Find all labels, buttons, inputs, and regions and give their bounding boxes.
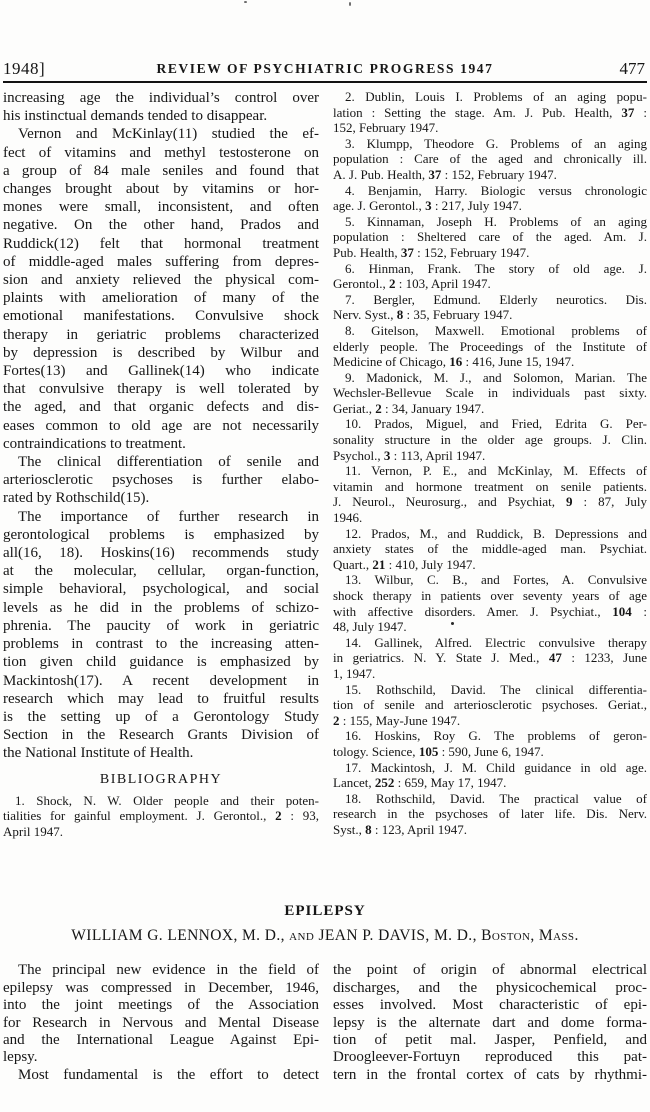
text-line: mones were small, inconsistent, and ofte… xyxy=(3,198,319,216)
text-line: Fortes(13) and Gallinek(14) who indicate xyxy=(3,362,319,380)
text-line: 10. Prados, Miguel, and Fried, Edrita G.… xyxy=(333,416,647,432)
text-line: simple behavioral, psychological, and so… xyxy=(3,580,319,598)
text-line: a group of 84 male seniles and found tha… xyxy=(3,162,319,180)
scan-artifact-dot xyxy=(244,1,247,3)
reference-entry: 3. Klumpp, Theodore G. Problems of an ag… xyxy=(333,136,647,183)
text-line: lepsy. xyxy=(3,1049,319,1066)
text-line: negative. On the other hand, Prados and xyxy=(3,216,319,234)
text-line: Ruddick(12) felt that hormonal treatment xyxy=(3,235,319,253)
epilepsy-left-column: The principal new evidence in the field … xyxy=(3,962,319,1084)
text-line: eases common to old age are not necessar… xyxy=(3,417,319,435)
text-line: Vernon and McKinlay(11) studied the ef- xyxy=(3,125,319,143)
paragraph: increasing age the individual’s control … xyxy=(3,89,319,125)
main-article-body: increasing age the individual’s control … xyxy=(3,89,647,839)
text-line: 2. Dublin, Louis I. Problems of an aging… xyxy=(333,89,647,105)
reference-entry: 8. Gitelson, Maxwell. Emotional problems… xyxy=(333,323,647,370)
text-line: 17. Mackintosh, J. M. Child guidance in … xyxy=(333,760,647,776)
journal-page: 1948] REVIEW OF PSYCHIATRIC PROGRESS 194… xyxy=(0,0,650,1112)
text-line: esses involved. Most characteristic of e… xyxy=(333,997,647,1014)
text-line: Gerontol., 2 : 103, April 1947. xyxy=(333,276,647,292)
text-line: levels as he did in the problems of schi… xyxy=(3,599,319,617)
paragraph: The clinical differentiation of senile a… xyxy=(3,453,319,508)
left-column-text: increasing age the individual’s control … xyxy=(3,89,319,763)
running-head: 1948] REVIEW OF PSYCHIATRIC PROGRESS 194… xyxy=(3,57,647,81)
text-line: 16. Hoskins, Roy G. The problems of gero… xyxy=(333,728,647,744)
section-title: EPILEPSY xyxy=(3,903,647,920)
scan-artifact-dot xyxy=(451,622,454,625)
text-line: all(16, 18). Hoskins(16) recommends stud… xyxy=(3,544,319,562)
reference-entry: 5. Kinnaman, Joseph H. Problems of an ag… xyxy=(333,214,647,261)
text-line: elderly people. The Proceedings of the I… xyxy=(333,339,647,355)
text-line: The importance of further research in xyxy=(3,508,319,526)
text-line: Droogleever-Fortuyn reproduced this pat- xyxy=(333,1049,647,1066)
text-line: shock therapy in patients over seventy y… xyxy=(333,588,647,604)
text-line: tology. Science, 105 : 590, June 6, 1947… xyxy=(333,744,647,760)
text-line: 14. Gallinek, Alfred. Electric convulsiv… xyxy=(333,635,647,651)
text-line: plaints with amelioration of many of the xyxy=(3,289,319,307)
text-line: Medicine of Chicago, 16 : 416, June 15, … xyxy=(333,354,647,370)
text-line: tion of senile and arteriosclerotic psyc… xyxy=(333,697,647,713)
text-line: Geriat., 2 : 34, January 1947. xyxy=(333,401,647,417)
text-line: his instinctual demands tended to disapp… xyxy=(3,107,319,125)
text-line: population : Sheltered care of the aged.… xyxy=(333,229,647,245)
text-line: Wechsler-Bellevue Scale in individuals p… xyxy=(333,385,647,401)
scan-artifact-dot xyxy=(349,2,351,6)
text-line: 2 : 155, May-June 1947. xyxy=(333,713,647,729)
text-line: A. J. Pub. Health, 37 : 152, February 19… xyxy=(333,167,647,183)
text-line: contraindications to treatment. xyxy=(3,435,319,453)
text-line: the aged, and that organic defects and d… xyxy=(3,398,319,416)
text-line: 6. Hinman, Frank. The story of old age. … xyxy=(333,261,647,277)
reference-entry: 2. Dublin, Louis I. Problems of an aging… xyxy=(333,89,647,136)
text-line: epilepsy was compressed in December, 194… xyxy=(3,980,319,997)
text-line: arteriosclerotic psychoses is further el… xyxy=(3,471,319,489)
text-line: gerontological problems is emphasized by xyxy=(3,526,319,544)
paragraph: The principal new evidence in the field … xyxy=(3,962,319,1066)
text-line: at the molecular, cellular, organ-functi… xyxy=(3,562,319,580)
text-line: 1, 1947. xyxy=(333,666,647,682)
text-line: increasing age the individual’s control … xyxy=(3,89,319,107)
text-line: 5. Kinnaman, Joseph H. Problems of an ag… xyxy=(333,214,647,230)
text-line: that convulsive therapy is well tolerate… xyxy=(3,380,319,398)
reference-entry: 7. Bergler, Edmund. Elderly neurotics. D… xyxy=(333,292,647,323)
text-line: 18. Rothschild, David. The practical val… xyxy=(333,791,647,807)
paragraph: Most fundamental is the effort to detect xyxy=(3,1067,319,1084)
text-line: 8. Gitelson, Maxwell. Emotional problems… xyxy=(333,323,647,339)
text-line: and the International League Against Epi… xyxy=(3,1032,319,1049)
text-line: 48, July 1947. xyxy=(333,619,647,635)
text-line: in geriatrics. N. Y. State J. Med., 47 :… xyxy=(333,650,647,666)
text-line: 152, February 1947. xyxy=(333,120,647,136)
text-line: Pub. Health, 37 : 152, February 1947. xyxy=(333,245,647,261)
text-line: sion and anxiety relieved the physical c… xyxy=(3,271,319,289)
text-line: Mackintosh(17). A recent development in xyxy=(3,672,319,690)
paragraph: The importance of further research inger… xyxy=(3,508,319,763)
reference-entry: 6. Hinman, Frank. The story of old age. … xyxy=(333,261,647,292)
text-line: sonality structure in the older age grou… xyxy=(333,432,647,448)
text-line: therapy in geriatric problems characteri… xyxy=(3,326,319,344)
text-line: Syst., 8 : 123, April 1947. xyxy=(333,822,647,838)
reference-entry: 16. Hoskins, Roy G. The problems of gero… xyxy=(333,728,647,759)
text-line: April 1947. xyxy=(3,824,319,840)
reference-entry: 14. Gallinek, Alfred. Electric convulsiv… xyxy=(333,635,647,682)
reference-entry: 10. Prados, Miguel, and Fried, Edrita G.… xyxy=(333,416,647,463)
text-line: The principal new evidence in the field … xyxy=(3,962,319,979)
text-line: 7. Bergler, Edmund. Elderly neurotics. D… xyxy=(333,292,647,308)
header-page-number: 477 xyxy=(620,59,646,79)
reference-entry: 9. Madonick, M. J., and Solomon, Marian.… xyxy=(333,370,647,417)
text-line: Lancet, 252 : 659, May 17, 1947. xyxy=(333,775,647,791)
text-line: for Research in Nervous and Mental Disea… xyxy=(3,1015,319,1032)
paragraph: Vernon and McKinlay(11) studied the ef-f… xyxy=(3,125,319,453)
reference-entry: 11. Vernon, P. E., and McKinlay, M. Effe… xyxy=(333,463,647,525)
text-line: Section in the Research Grants Division … xyxy=(3,726,319,744)
text-line: Nerv. Syst., 8 : 35, February 1947. xyxy=(333,307,647,323)
text-line: 1. Shock, N. W. Older people and their p… xyxy=(3,793,319,809)
text-line: rated by Rothschild(15). xyxy=(3,489,319,507)
text-line: problems in contrast to the increasing a… xyxy=(3,635,319,653)
text-line: changes brought about by vitamins or hor… xyxy=(3,180,319,198)
text-line: Psychol., 3 : 113, April 1947. xyxy=(333,448,647,464)
right-column-references: 2. Dublin, Louis I. Problems of an aging… xyxy=(333,89,647,838)
text-line: 1946. xyxy=(333,510,647,526)
text-line: research which may lead to fruitful resu… xyxy=(3,690,319,708)
left-column: increasing age the individual’s control … xyxy=(3,89,319,839)
reference-entry: 1. Shock, N. W. Older people and their p… xyxy=(3,793,319,840)
text-line: 4. Benjamin, Harry. Biologic versus chro… xyxy=(333,183,647,199)
text-line: the point of origin of abnormal electric… xyxy=(333,962,647,979)
text-line: research in the psychoses of later life.… xyxy=(333,806,647,822)
text-line: Quart., 21 : 410, July 1947. xyxy=(333,557,647,573)
right-column: 2. Dublin, Louis I. Problems of an aging… xyxy=(333,89,647,839)
text-line: lepsy is the alternate dart and dome for… xyxy=(333,1015,647,1032)
text-line: anxiety states of the middle-aged man. P… xyxy=(333,541,647,557)
header-journal-title: REVIEW OF PSYCHIATRIC PROGRESS 1947 xyxy=(3,61,647,77)
reference-entry: 17. Mackintosh, J. M. Child guidance in … xyxy=(333,760,647,791)
text-line: J. Neurol., Neurosurg., and Psychiat, 9 … xyxy=(333,494,647,510)
reference-entry: 15. Rothschild, David. The clinical diff… xyxy=(333,682,647,729)
text-line: vitamin and hormone treatment on senile … xyxy=(333,479,647,495)
text-line: Most fundamental is the effort to detect xyxy=(3,1067,319,1084)
text-line: with affective disorders. Amer. J. Psych… xyxy=(333,604,647,620)
text-line: tion given child guidance is emphasized … xyxy=(3,653,319,671)
text-line: of middle-aged males suffering from depr… xyxy=(3,253,319,271)
text-line: 3. Klumpp, Theodore G. Problems of an ag… xyxy=(333,136,647,152)
text-line: emotional manifestations. Convulsive sho… xyxy=(3,307,319,325)
text-line: fect of vitamins and methyl testosterone… xyxy=(3,144,319,162)
reference-entry: 18. Rothschild, David. The practical val… xyxy=(333,791,647,838)
text-line: is the setting up of a Gerontology Study xyxy=(3,708,319,726)
bibliography-references: 1. Shock, N. W. Older people and their p… xyxy=(3,793,319,840)
epilepsy-article-body: The principal new evidence in the field … xyxy=(3,962,647,1084)
text-line: tion of petit mal. Jasper, Penfield, and xyxy=(333,1032,647,1049)
text-line: 15. Rothschild, David. The clinical diff… xyxy=(333,682,647,698)
reference-entry: 4. Benjamin, Harry. Biologic versus chro… xyxy=(333,183,647,214)
text-line: lation : Setting the stage. Am. J. Pub. … xyxy=(333,105,647,121)
text-line: tern in the frontal cortex of cats by rh… xyxy=(333,1067,647,1084)
text-line: into the joint meetings of the Associati… xyxy=(3,997,319,1014)
text-line: age. J. Gerontol., 3 : 217, July 1947. xyxy=(333,198,647,214)
reference-entry: 13. Wilbur, C. B., and Fortes, A. Convul… xyxy=(333,572,647,634)
text-line: the National Institute of Health. xyxy=(3,744,319,762)
header-rule xyxy=(3,81,647,83)
text-line: population : Care of the aged and chroni… xyxy=(333,151,647,167)
text-line: discharges, and the physicochemical proc… xyxy=(333,980,647,997)
text-line: 13. Wilbur, C. B., and Fortes, A. Convul… xyxy=(333,572,647,588)
paragraph: the point of origin of abnormal electric… xyxy=(333,962,647,1084)
authors-line: WILLIAM G. LENNOX, M. D., and JEAN P. DA… xyxy=(3,927,647,945)
text-line: 12. Prados, M., and Ruddick, B. Depressi… xyxy=(333,526,647,542)
reference-entry: 12. Prados, M., and Ruddick, B. Depressi… xyxy=(333,526,647,573)
text-line: phrenia. The paucity of work in geriatri… xyxy=(3,617,319,635)
text-line: 11. Vernon, P. E., and McKinlay, M. Effe… xyxy=(333,463,647,479)
text-line: The clinical differentiation of senile a… xyxy=(3,453,319,471)
text-line: by depression is described by Wilbur and xyxy=(3,344,319,362)
epilepsy-section: EPILEPSY WILLIAM G. LENNOX, M. D., and J… xyxy=(3,903,647,1084)
epilepsy-right-column: the point of origin of abnormal electric… xyxy=(333,962,647,1084)
text-line: 9. Madonick, M. J., and Solomon, Marian.… xyxy=(333,370,647,386)
bibliography-heading: BIBLIOGRAPHY xyxy=(3,772,319,788)
text-line: tialities for gainful employment. J. Ger… xyxy=(3,808,319,824)
